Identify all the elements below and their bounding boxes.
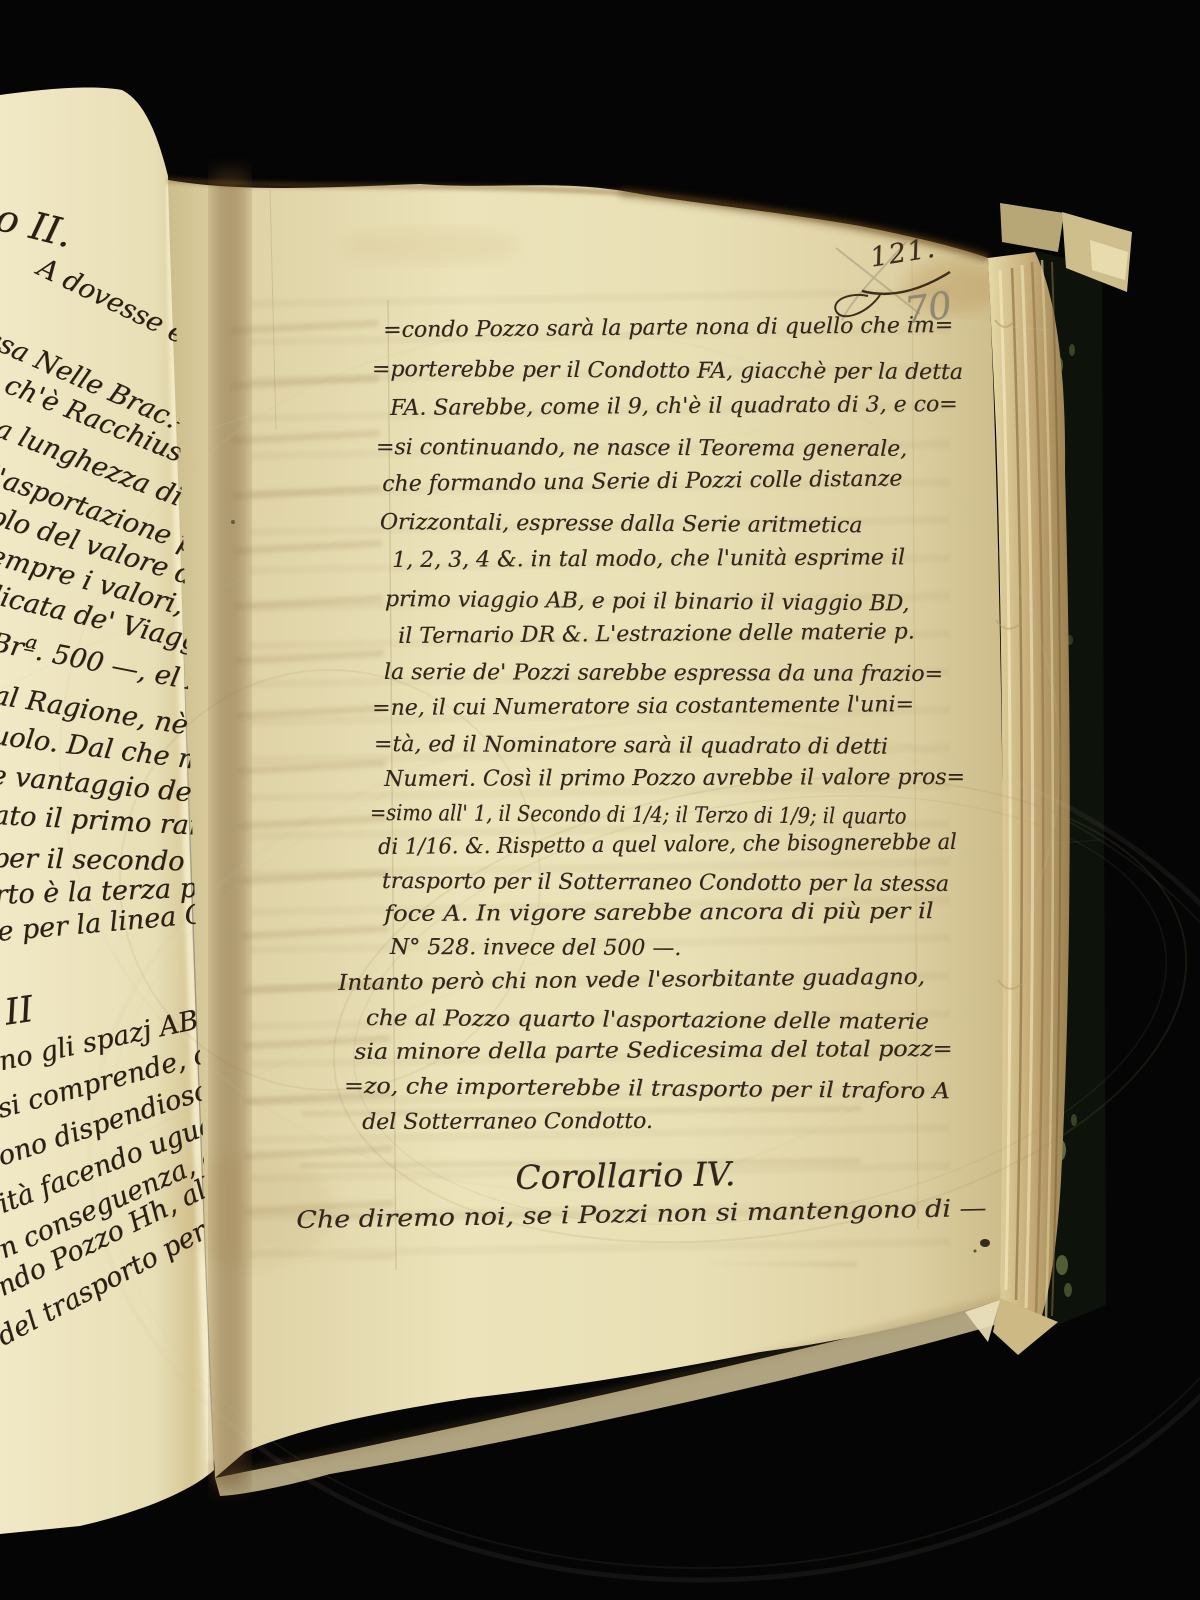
manuscript-line: trasporto per il Sotterraneo Condotto pe… [382, 869, 949, 897]
manuscript-line: 1, 2, 3, 4 &. in tal modo, che l'unità e… [392, 545, 905, 573]
manuscript-line: foce A. In vigore sarebbe ancora di più … [384, 899, 934, 927]
manuscript-line: Orizzontali, espresse dalla Serie aritme… [380, 510, 863, 538]
manuscript-line: FA. Sarebbe, come il 9, ch'è il quadrato… [390, 392, 958, 421]
manuscript-line: =si continuando, ne nasce il Teorema gen… [376, 435, 907, 462]
manuscript-line: il Ternario DR &. L'estrazione delle mat… [398, 619, 915, 649]
manuscript-line: =porterebbe per il Condotto FA, giacchè … [372, 357, 963, 385]
manuscript-line: =zo, che importerebbe il trasporto per i… [344, 1074, 950, 1104]
manuscript-line: che al Pozzo quarto l'asportazione delle… [366, 1006, 929, 1035]
manuscript-line: sia minore della parte Sedicesima del to… [354, 1037, 953, 1065]
manuscript-line: Numeri. Così il primo Pozzo avrebbe il v… [384, 765, 965, 792]
left-page-heading: o II. [0, 195, 77, 256]
manuscript-line: =condo Pozzo sarà la parte nona di quell… [383, 313, 953, 343]
gutter-shadow [212, 170, 248, 1490]
manuscript-line: N° 528. invece del 500 —. [390, 935, 681, 961]
manuscript-line: =simo all' 1, il Secondo di 1/4; il Terz… [370, 801, 907, 830]
manuscript-line: primo viaggio AB, e poi il binario il vi… [385, 587, 910, 617]
manuscript-line: di 1/16. &. Rispetto a quel valore, che … [378, 830, 957, 860]
manuscript-line: del Sotterraneo Condotto. [362, 1109, 653, 1135]
section-heading: Corollario IV. [515, 1154, 735, 1197]
manuscript-line: la serie de' Pozzi sarebbe espressa da u… [384, 660, 943, 687]
manuscript-line: =ne, il cui Numeratore sia costantemente… [372, 692, 914, 721]
left-page-heading-mid: II [2, 989, 36, 1034]
manuscript-line: =tà, ed il Nominatore sarà il quadrato d… [374, 732, 888, 760]
book-photo: o II. A dovesse estrarsi mess ssa Nelle … [0, 0, 1200, 1600]
